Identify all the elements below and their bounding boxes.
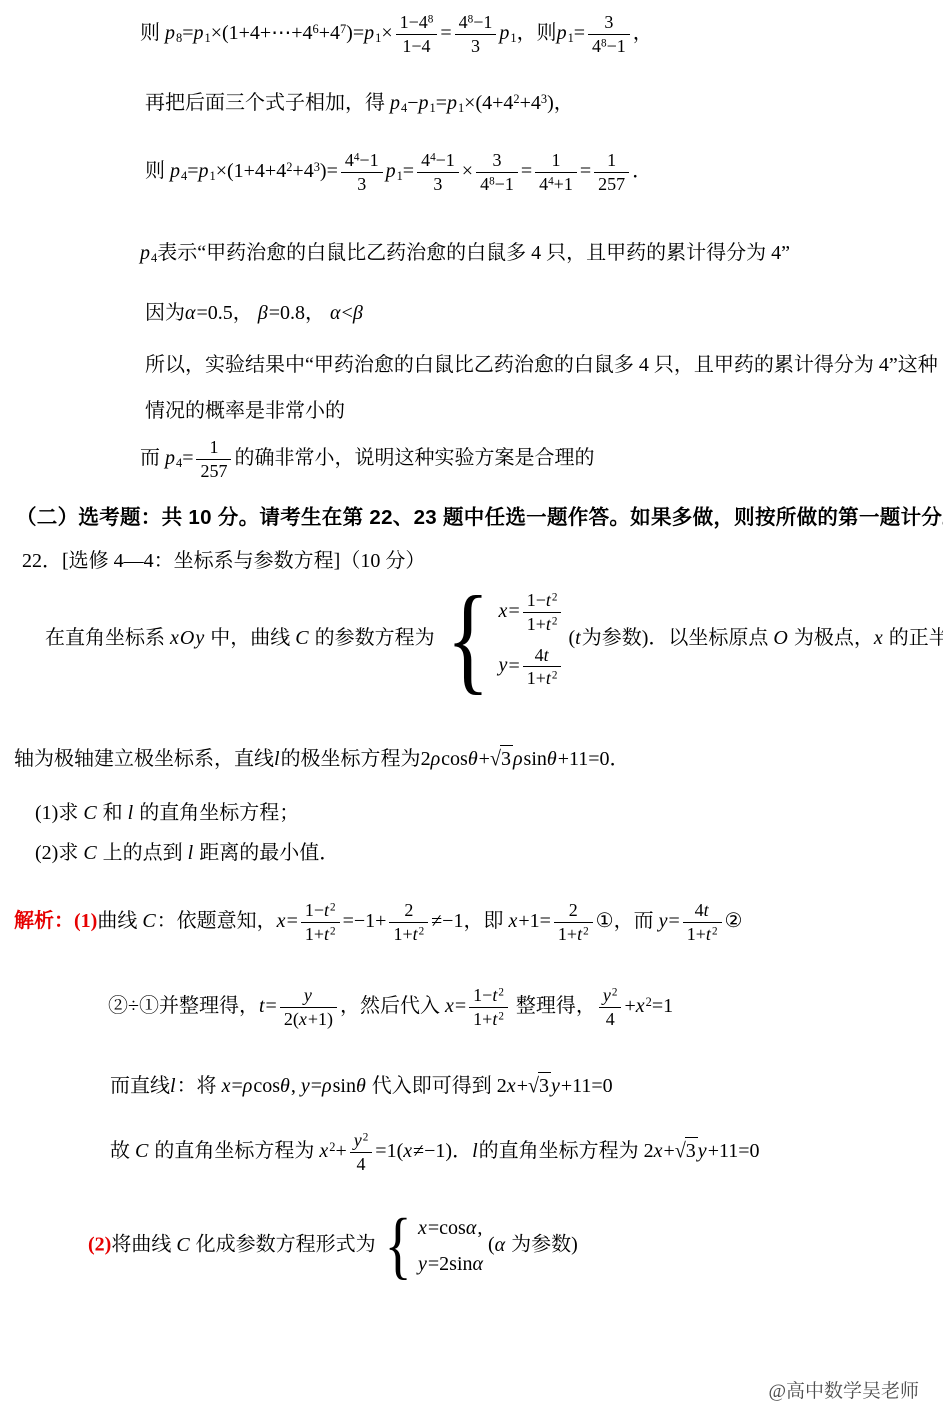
- line-alpha-beta: 因为α=0.5， β=0.8， α<β: [145, 300, 364, 326]
- section-header: （二）选考题：共 10 分。请考生在第 22、23 题中任选一题作答。如果多做，…: [16, 505, 943, 532]
- document-page: 则 p8=p1×(1+4+⋯+46+47)=p1×1−481−4=48−13p1…: [0, 0, 943, 1409]
- line-p4-meaning: p4表示“甲药治愈的白鼠比乙药治愈的白鼠多 4 只，且甲药的累计得分为 4”: [140, 240, 790, 266]
- line-analysis-part2: (2)将曲线 C 化成参数方程形式为{x=cosα,y=2sinα(α 为参数): [88, 1215, 578, 1277]
- line-q22-setup-1: 在直角坐标系 xOy 中，曲线 C 的参数方程为{x=1−t21+t2y=4t1…: [45, 590, 943, 689]
- line-conclusion-1: 所以，实验结果中“甲药治愈的白鼠比乙药治愈的白鼠多 4 只，且甲药的累计得分为 …: [145, 352, 938, 378]
- line-p4-formula: 则 p4=p1×(1+4+42+43)=44−13p1=44−13×348−1=…: [145, 150, 652, 194]
- line-analysis-part1: 解析：(1)曲线 C：依题意知，x=1−t21+t2=−1+21+t2≠−1，即…: [14, 900, 742, 944]
- question-22-title: 22．[选修 4—4：坐标系与参数方程]（10 分）: [22, 548, 425, 574]
- line-analysis-derive-t: ②÷①并整理得，t=y2(x+1)，然后代入 x=1−t21+t2 整理得，y2…: [108, 985, 673, 1029]
- line-analysis-line-l: 而直线l：将 x=ρcosθ, y=ρsinθ 代入即可得到 2x+√3y+11…: [110, 1072, 613, 1099]
- line-part2-question: (2)求 C 上的点到 l 距离的最小值．: [35, 840, 339, 866]
- line-add-three-terms: 再把后面三个式子相加，得 p4−p1=p1×(4+42+43)，: [145, 90, 574, 116]
- line-conclusion-2: 情况的概率是非常小的: [145, 398, 345, 424]
- watermark: @高中数学吴老师: [769, 1376, 920, 1403]
- line-p4-small: 而 p4=1257的确非常小，说明这种实验方案是合理的: [140, 437, 594, 481]
- line-analysis-rect-eqs: 故 C 的直角坐标方程为 x2+y24=1(x≠−1)．l的直角坐标方程为 2x…: [110, 1130, 760, 1174]
- line-p8-formula: 则 p8=p1×(1+4+⋯+46+47)=p1×1−481−4=48−13p1…: [140, 12, 653, 56]
- line-q22-setup-2: 轴为极轴建立极坐标系，直线l的极坐标方程为2ρcosθ+√3ρsinθ+11=0…: [14, 745, 630, 772]
- line-part1-question: (1)求 C 和 l 的直角坐标方程；: [35, 800, 299, 826]
